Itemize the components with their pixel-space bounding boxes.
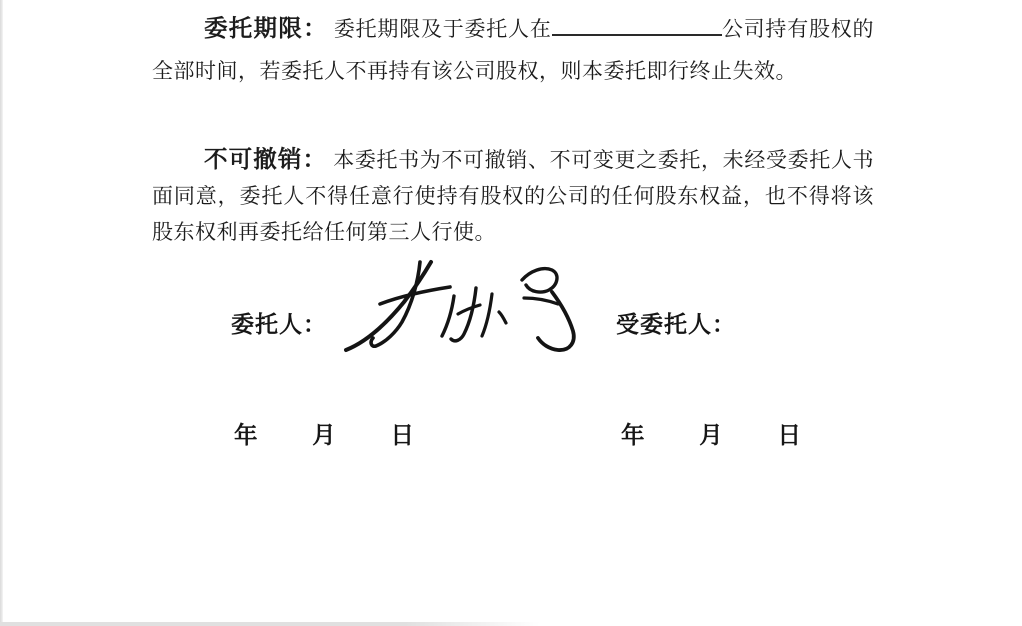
day-label: 日 [778,416,802,450]
date-row-agent: 年 月 日 [621,416,801,450]
date-row-principal: 年 月 日 [234,416,414,450]
handwritten-signature-icon [336,252,584,368]
irrevocable-heading: 不可撤销： [204,147,333,173]
scan-edge-left [0,0,3,626]
duration-heading: 委托期限： [204,16,334,42]
entrustment-duration-paragraph: 委托期限：委托期限及于委托人在公司持有股权的全部时间，若委托人不再持有该公司股权… [152,8,874,92]
irrevocable-paragraph: 不可撤销：本委托书为不可撤销、不可变更之委托，未经受委托人书面同意，委托人不得任… [152,142,874,250]
day-label: 日 [391,416,415,450]
company-name-blank-line [552,15,722,36]
agent-label: 受委托人： [616,306,736,339]
month-label: 月 [699,416,723,450]
year-label: 年 [234,416,258,450]
document-page: 委托期限：委托期限及于委托人在公司持有股权的全部时间，若委托人不再持有该公司股权… [0,0,1022,626]
scan-edge-bottom [0,622,540,626]
principal-label: 委托人： [231,306,327,339]
year-label: 年 [621,416,645,450]
duration-text-before-blank: 委托期限及于委托人在 [334,17,552,41]
month-label: 月 [312,416,336,450]
